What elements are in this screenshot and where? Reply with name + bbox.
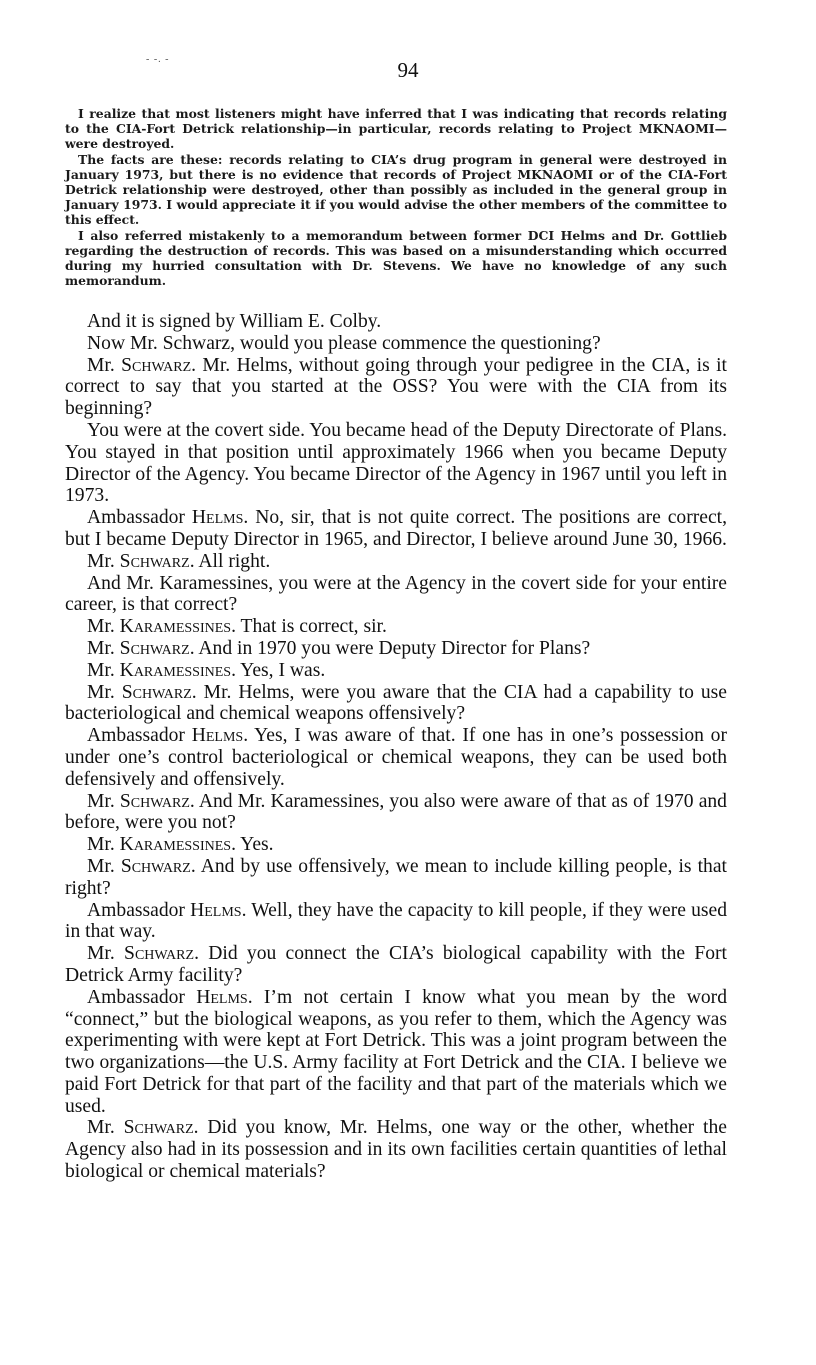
quote-paragraph: I also referred mistakenly to a memorand… [65, 228, 727, 289]
speaker-name: Helms [192, 507, 244, 528]
speaker-name: Karamessines [120, 660, 231, 681]
transcript-paragraph: Mr. Karamessines. That is correct, sir. [65, 616, 727, 638]
quote-paragraph: The facts are these: records relating to… [65, 152, 727, 228]
speaker-name: Schwarz [120, 638, 190, 659]
speaker-name: Schwarz [121, 355, 191, 376]
transcript-paragraph: Mr. Schwarz. Did you know, Mr. Helms, on… [65, 1117, 727, 1182]
transcript-paragraph: Mr. Schwarz. And in 1970 you were Deputy… [65, 638, 727, 660]
speaker-name: Karamessines [120, 834, 231, 855]
transcript-paragraph: Mr. Schwarz. And by use offensively, we … [65, 856, 727, 900]
transcript-paragraph: Now Mr. Schwarz, would you please commen… [65, 333, 727, 355]
transcript-paragraph: Ambassador Helms. I’m not certain I know… [65, 987, 727, 1118]
transcript-paragraph: You were at the covert side. You became … [65, 420, 727, 507]
quoted-letter-block: I realize that most listeners might have… [65, 106, 727, 288]
hearing-transcript: And it is signed by William E. Colby. No… [65, 311, 727, 1183]
transcript-paragraph: Mr. Schwarz. All right. [65, 551, 727, 573]
transcript-paragraph: Ambassador Helms. No, sir, that is not q… [65, 507, 727, 551]
transcript-paragraph: Ambassador Helms. Yes, I was aware of th… [65, 725, 727, 790]
speaker-name: Schwarz [121, 856, 191, 877]
transcript-paragraph: Mr. Karamessines. Yes, I was. [65, 660, 727, 682]
transcript-paragraph: Ambassador Helms. Well, they have the ca… [65, 900, 727, 944]
transcript-paragraph: Mr. Karamessines. Yes. [65, 834, 727, 856]
transcript-paragraph: And it is signed by William E. Colby. [65, 311, 727, 333]
speaker-name: Helms [190, 900, 242, 921]
transcript-paragraph: Mr. Schwarz. And Mr. Karamessines, you a… [65, 791, 727, 835]
transcript-paragraph: Mr. Schwarz. Mr. Helms, without going th… [65, 355, 727, 420]
transcript-paragraph: And Mr. Karamessines, you were at the Ag… [65, 573, 727, 617]
speaker-name: Schwarz [124, 1117, 194, 1138]
quote-paragraph: I realize that most listeners might have… [65, 106, 727, 152]
transcript-paragraph: Mr. Schwarz. Did you connect the CIA’s b… [65, 943, 727, 987]
speaker-name: Schwarz [124, 943, 194, 964]
speaker-name: Schwarz [120, 791, 190, 812]
speaker-name: Schwarz [120, 551, 190, 572]
speaker-name: Schwarz [122, 682, 192, 703]
document-page: - -. - 94 I realize that most listeners … [0, 0, 816, 1365]
transcript-paragraph: Mr. Schwarz. Mr. Helms, were you aware t… [65, 682, 727, 726]
speaker-name: Karamessines [120, 616, 231, 637]
page-number: 94 [0, 58, 816, 83]
speaker-name: Helms [196, 987, 248, 1008]
speaker-name: Helms [192, 725, 244, 746]
